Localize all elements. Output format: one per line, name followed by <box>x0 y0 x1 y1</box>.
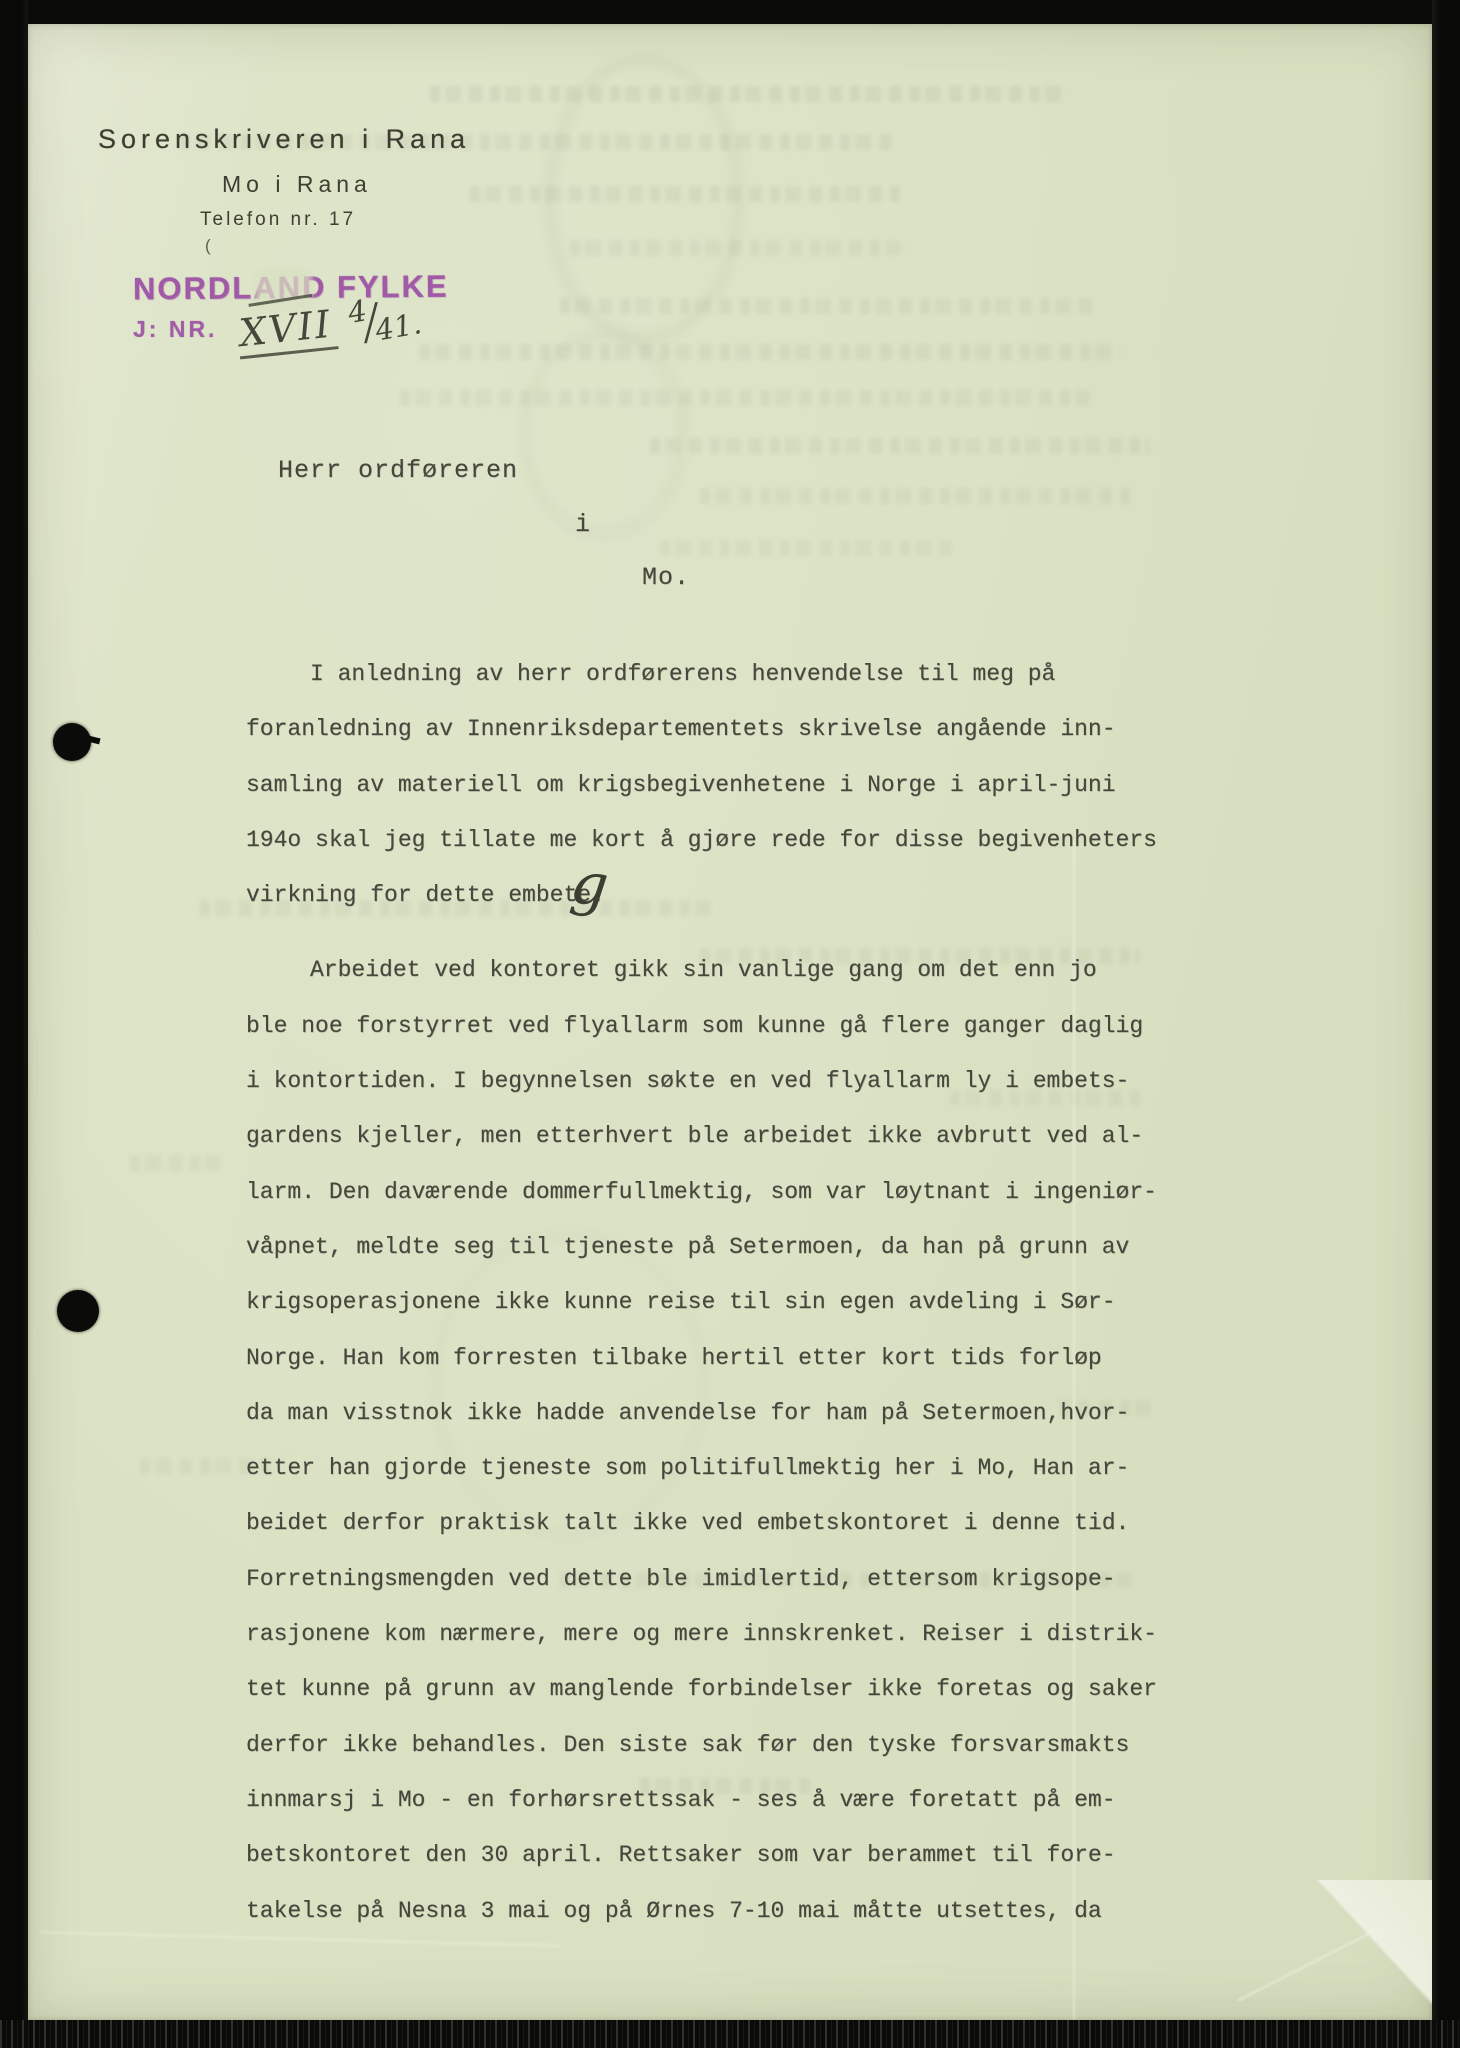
handwritten-roman-numeral: XVII <box>235 301 338 359</box>
body-line: rasjonene kom nærmere, mere og mere inns… <box>246 1607 1206 1662</box>
bleed-through-text <box>130 1155 220 1171</box>
scan-border-top <box>0 0 1460 24</box>
body-line: etter han gjorde tjeneste som politifull… <box>246 1441 1206 1496</box>
scan-border-bottom <box>0 2020 1460 2048</box>
bleed-through-text <box>650 438 1150 454</box>
stray-pen-mark: ( <box>205 236 211 256</box>
recipient-place: Mo. <box>642 563 690 592</box>
bleed-through-text <box>660 540 960 556</box>
letter-body: I anledning av herr ordførerens henvende… <box>246 647 1206 1939</box>
hole-punch-top <box>53 723 91 761</box>
body-line: derfor ikke behandles. Den siste sak før… <box>246 1718 1206 1773</box>
bleed-through-text <box>400 390 1090 406</box>
body-line: Norge. Han kom forresten tilbake hertil … <box>246 1331 1206 1386</box>
body-line: Arbeidet ved kontoret gikk sin vanlige g… <box>246 943 1206 998</box>
bleed-through-stamp <box>545 55 743 343</box>
body-paragraph: Arbeidet ved kontoret gikk sin vanlige g… <box>246 943 1206 1938</box>
scan-border-left <box>0 0 28 2048</box>
body-line: virkning for dette embete. <box>246 868 1206 923</box>
body-line: beidet derfor praktisk talt ikke ved emb… <box>246 1496 1206 1551</box>
handwritten-date-fraction: 4/41. <box>345 284 424 351</box>
corner-fold <box>1302 1880 1432 2020</box>
body-line: krigsoperasjonene ikke kunne reise til s… <box>246 1275 1206 1330</box>
letterhead-office: Sorenskriveren i Rana <box>98 124 470 155</box>
body-line: Forretningsmengden ved dette ble imidler… <box>246 1552 1206 1607</box>
body-line: i kontortiden. I begynnelsen søkte en ve… <box>246 1054 1206 1109</box>
body-line: ble noe forstyrret ved flyallarm som kun… <box>246 999 1206 1054</box>
bleed-through-text <box>700 488 1130 504</box>
body-paragraph: I anledning av herr ordførerens henvende… <box>246 647 1206 923</box>
body-line: innmarsj i Mo - en forhørsrettssak - ses… <box>246 1773 1206 1828</box>
body-line: våpnet, meldte seg til tjeneste på Seter… <box>246 1220 1206 1275</box>
body-line: foranledning av Innenriksdepartementets … <box>246 702 1206 757</box>
body-line: samling av materiell om krigsbegivenhete… <box>246 758 1206 813</box>
scan-border-right <box>1432 0 1460 2048</box>
stamp-journal-label: J: NR. <box>133 316 217 343</box>
bleed-through-text <box>420 344 1120 360</box>
letterhead-place: Mo i Rana <box>222 171 372 198</box>
recipient-salutation: Herr ordføreren <box>278 456 518 485</box>
body-line: betskontoret den 30 april. Rettsaker som… <box>246 1828 1206 1883</box>
body-line: takelse på Nesna 3 mai og på Ørnes 7-10 … <box>246 1884 1206 1939</box>
letterhead-phone: Telefon nr. 17 <box>200 209 356 231</box>
recipient-preposition: i <box>575 510 590 539</box>
body-line: gardens kjeller, men etterhvert ble arbe… <box>246 1109 1206 1164</box>
body-line: larm. Den daværende dommerfullmektig, so… <box>246 1165 1206 1220</box>
body-line: 194o skal jeg tillate me kort å gjøre re… <box>246 813 1206 868</box>
body-line: I anledning av herr ordførerens henvende… <box>246 647 1206 702</box>
body-line: tet kunne på grunn av manglende forbinde… <box>246 1662 1206 1717</box>
scanned-letter-page: Sorenskriveren i Rana Mo i Rana Telefon … <box>0 0 1460 2048</box>
bleed-through-stamp <box>520 330 688 538</box>
hole-punch-bottom <box>57 1290 99 1332</box>
bleed-through-text <box>430 86 1070 102</box>
body-line: da man visstnok ikke hadde anvendelse fo… <box>246 1386 1206 1441</box>
